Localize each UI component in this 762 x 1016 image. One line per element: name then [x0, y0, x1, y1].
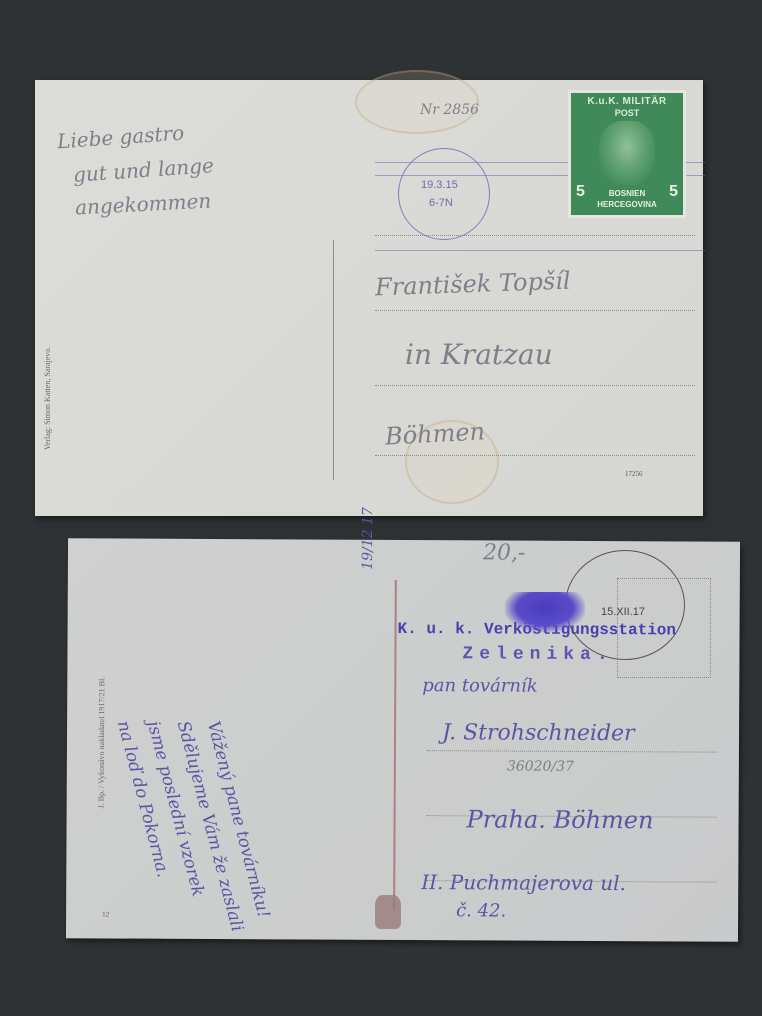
date-note: 19/12 17 — [360, 507, 376, 570]
address-line — [375, 310, 695, 311]
address-line-5: č. 42. — [456, 900, 506, 921]
postmark-date: 19.3.15 — [421, 179, 458, 191]
address-line-1: pan továrník — [422, 675, 538, 697]
stamp-placeholder-box — [617, 578, 711, 678]
publisher-logo-icon — [375, 895, 401, 929]
stamp-header: K.u.K. MILITÄR — [571, 96, 683, 107]
emperor-portrait-icon — [599, 121, 655, 185]
address-town: in Kratzau — [405, 338, 553, 371]
address-region: Böhmen — [384, 417, 485, 450]
stamp-country-2: HERCEGOVINA — [571, 200, 683, 209]
publisher-imprint: Verlag: Simon Katten, Sarajevo. — [43, 270, 52, 450]
address-line-4: II. Puchmajerova ul. — [421, 870, 626, 895]
address-line — [375, 385, 695, 386]
address-line-3: Praha. Böhmen — [467, 805, 654, 834]
address-line — [375, 455, 695, 456]
postmark-sarajevo: 19.3.15 6-7N — [398, 148, 490, 240]
message-line: angekommen — [74, 188, 211, 219]
eagle-crest-icon — [505, 592, 585, 632]
address-line-2: J. Strohschneider — [442, 720, 635, 746]
postmark-time: 6-7N — [429, 197, 453, 209]
pencil-reference-note: Nr 2856 — [420, 102, 479, 118]
address-name: František Topšíl — [375, 267, 571, 302]
pencil-price: 20,- — [483, 540, 526, 565]
postage-stamp: K.u.K. MILITÄR POST 5 5 BOSNIEN HERCEGOV… — [568, 90, 686, 218]
center-divider — [333, 240, 334, 480]
center-divider — [393, 580, 397, 910]
pencil-reference: 36020/37 — [507, 759, 574, 775]
address-line — [427, 750, 717, 753]
stamp-country-1: BOSNIEN — [571, 189, 683, 198]
publisher-imprint: J. Bp. / Vykonávo nakladatel 1917/21 Bl. — [97, 648, 107, 808]
cancel-line — [375, 250, 705, 251]
message-line: gut und lange — [72, 153, 214, 187]
stamp-subheader: POST — [571, 108, 683, 118]
card-number: 17256 — [625, 470, 643, 478]
message-line: Liebe gastro — [56, 121, 185, 154]
small-number: 12 — [102, 910, 109, 918]
